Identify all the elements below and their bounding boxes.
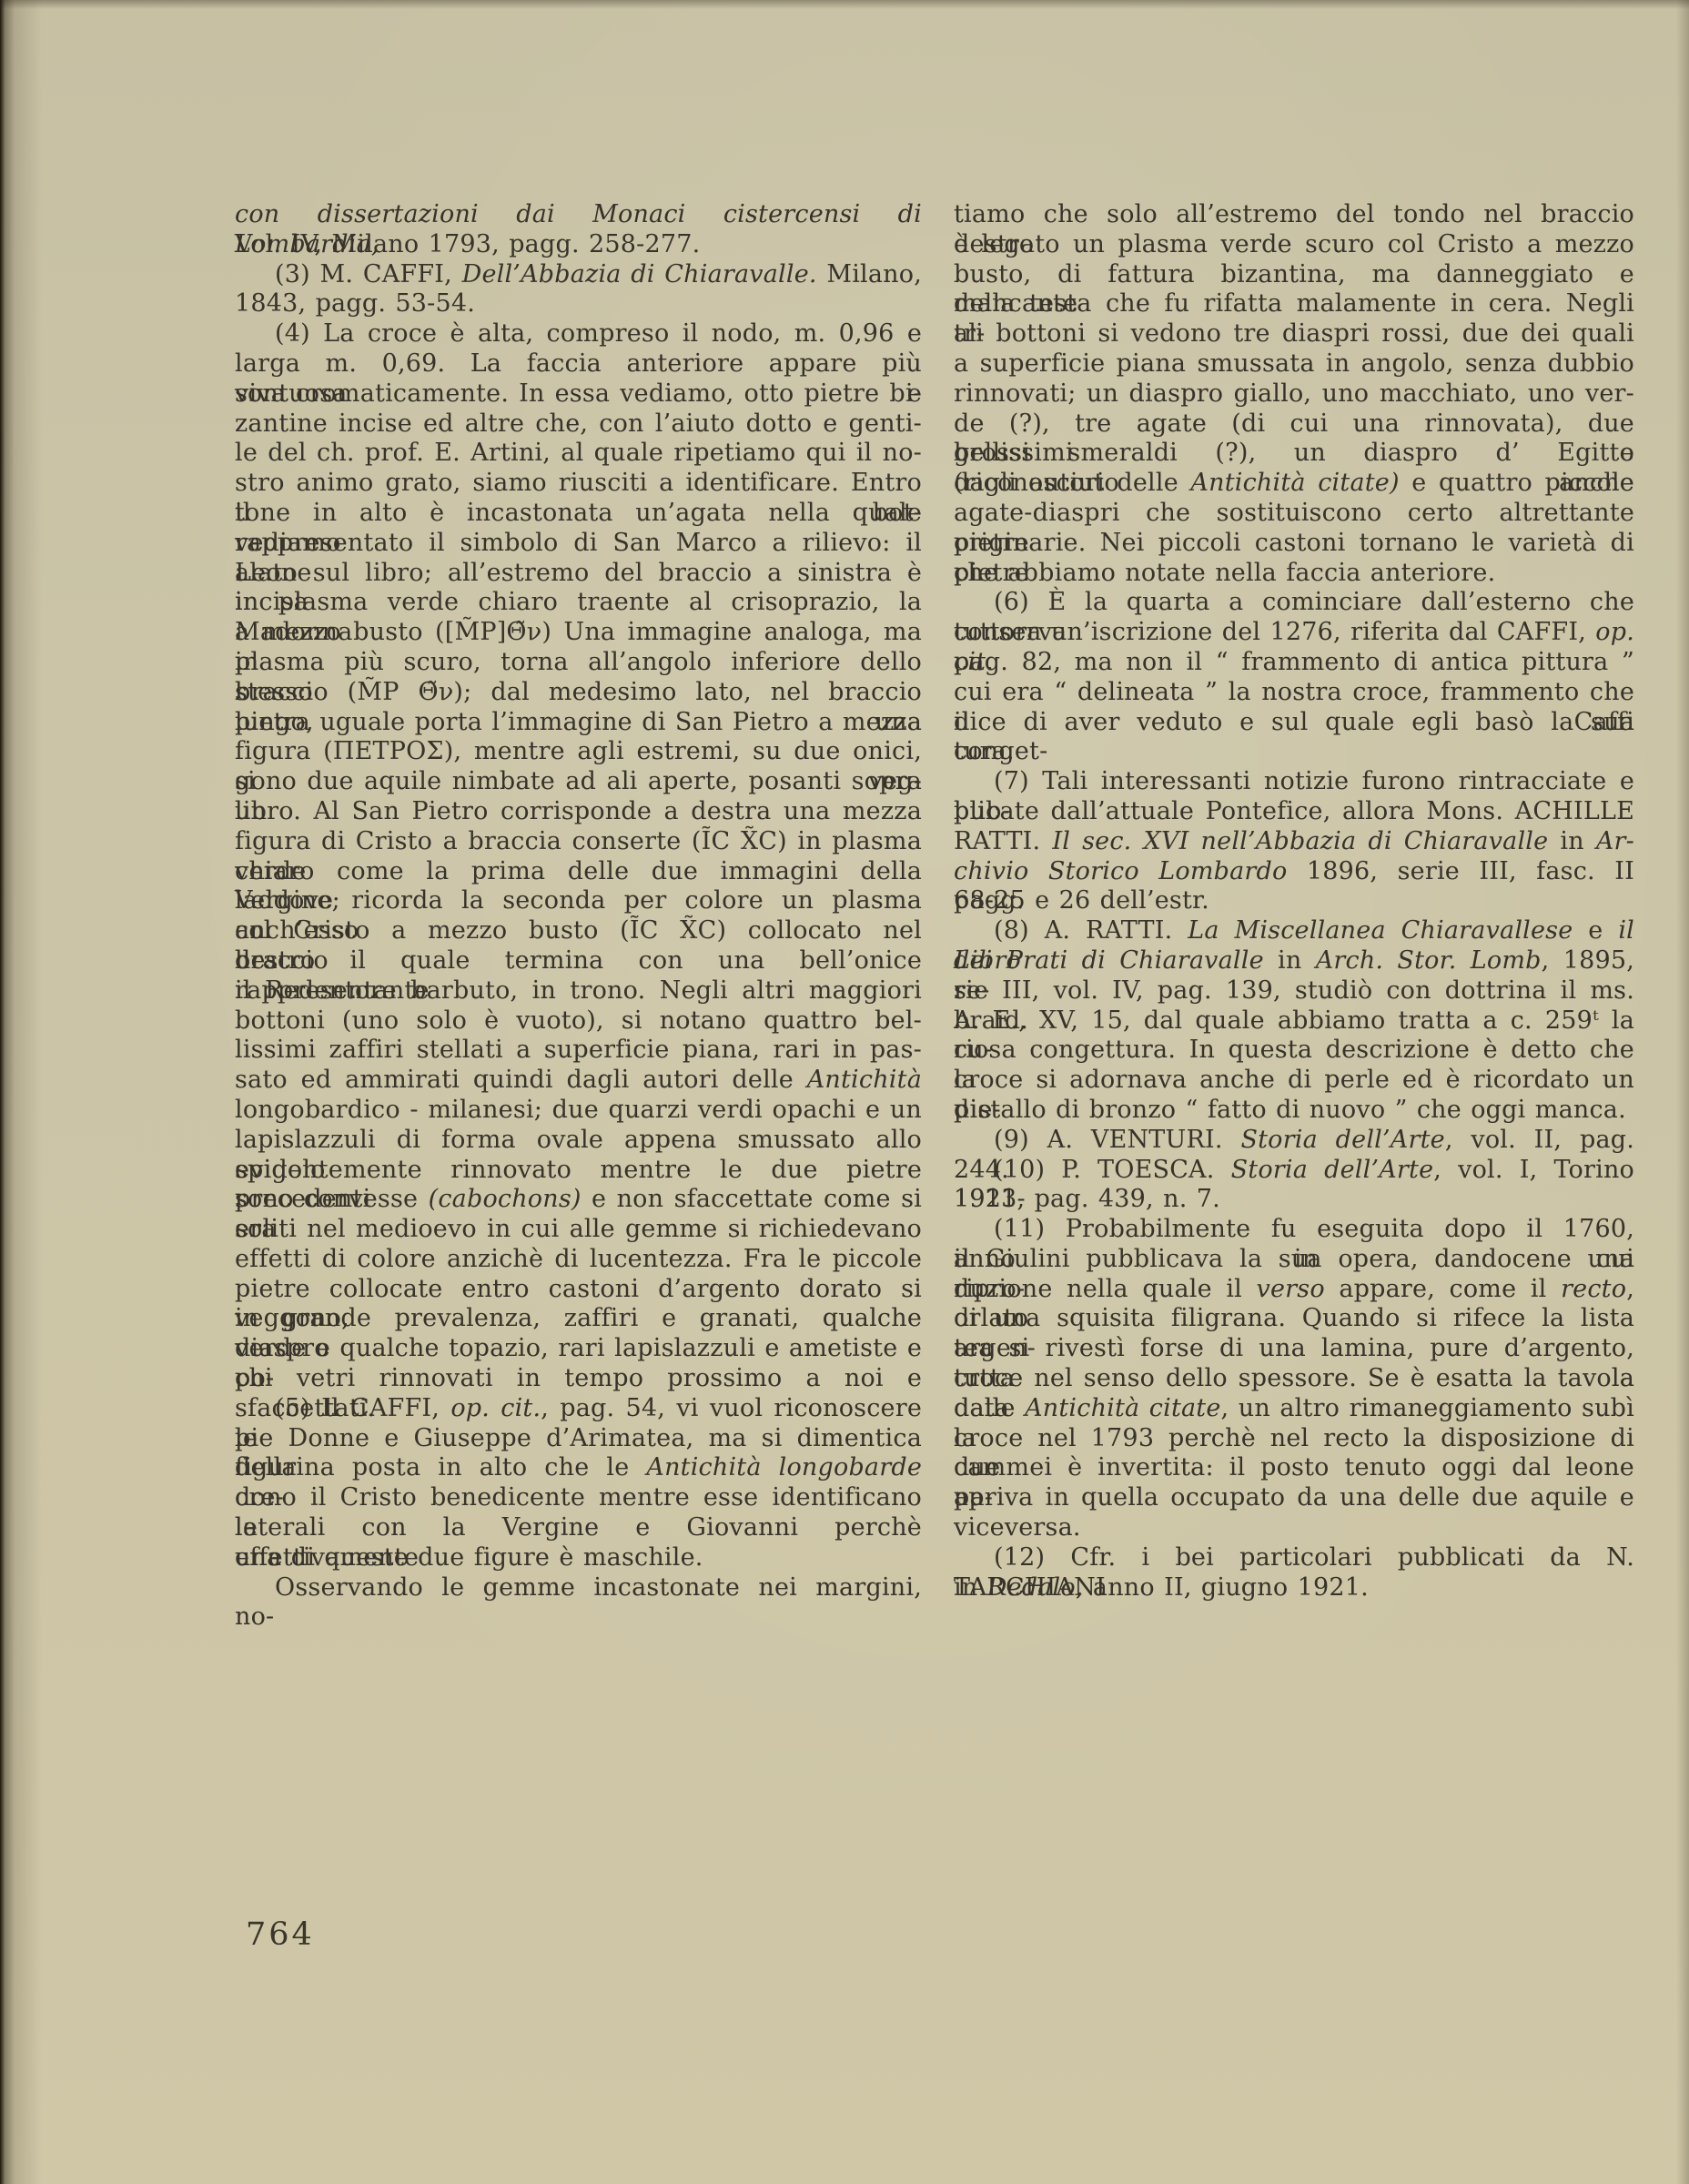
- text-line: de (?), tre agate (di cui una rinnovata)…: [954, 409, 1634, 440]
- italic-text-segment: Dell’Abbazia di Chiaravalle.: [462, 260, 817, 288]
- text-line: chiaro come la prima delle due immagini …: [235, 857, 922, 887]
- text-line: evidentemente rinnovato mentre le due pi…: [235, 1156, 922, 1186]
- text-line: laddove ricorda la seconda per colore un…: [235, 886, 922, 916]
- text-line: pariva in quella occupato da una delle d…: [954, 1483, 1634, 1513]
- text-line: tura.: [954, 737, 1634, 767]
- text-line: croce si adornava anche di perle ed è ri…: [954, 1066, 1634, 1096]
- italic-text-segment: Il sec. XVI nell’Abbazia di Chiaravalle: [1052, 827, 1548, 855]
- text-line: con dissertazioni dai Monaci cistercensi…: [235, 200, 922, 230]
- text-line: (7) Tali interessanti notizie furono rin…: [954, 767, 1634, 797]
- text-line: A. E., XV, 15, dal quale abbiamo tratta …: [954, 1006, 1634, 1036]
- text-segment: viva cromaticamente. In essa vediamo, ot…: [235, 379, 922, 408]
- text-segment: (9) A. VENTURI.: [994, 1126, 1240, 1154]
- italic-text-segment: Dedalo: [987, 1573, 1076, 1602]
- text-line: duzione nella quale il verso appare, com…: [954, 1275, 1634, 1305]
- text-line: rie III, vol. IV, pag. 139, studiò con d…: [954, 976, 1634, 1006]
- text-line: di una squisita filigrana. Quando si rif…: [954, 1304, 1634, 1334]
- text-segment: zantine incise ed altre che, con l’aiuto…: [235, 409, 922, 438]
- text-line: sono convesse (cabochons) e non sfaccett…: [235, 1185, 922, 1215]
- text-segment: dagli autori delle: [954, 469, 1190, 497]
- text-segment: lissimi zaffiri stellati a superficie pi…: [235, 1036, 922, 1064]
- text-segment: in: [1548, 827, 1596, 855]
- text-line: destro il quale termina con una bell’oni…: [235, 946, 922, 976]
- text-line: della testa che fu rifatta malamente in …: [954, 289, 1634, 319]
- text-line: pie Donne e Giuseppe d’Arimatea, ma si d…: [235, 1424, 922, 1454]
- text-line: lissimi zaffiri stellati a superficie pi…: [235, 1036, 922, 1066]
- text-line: figura (ΠΕΤΡΟΣ), mentre agli estremi, su…: [235, 737, 922, 767]
- text-segment: il Redentore barbuto, in trono. Negli al…: [235, 976, 922, 1005]
- text-segment: (4) La croce è alta, compreso il nodo, m…: [275, 319, 922, 348]
- left-column: con dissertazioni dai Monaci cistercensi…: [235, 200, 922, 1603]
- text-line: a mezzo busto ([M̃P]Θ̃ν) Una immagine an…: [235, 618, 922, 648]
- text-segment: 68-25 e 26 dell’estr.: [954, 886, 1209, 915]
- text-line: tea si rivestì forse di una lamina, pure…: [954, 1334, 1634, 1364]
- text-line: viceversa.: [954, 1513, 1634, 1543]
- text-segment: Milano,: [817, 260, 922, 288]
- text-line: tone in alto è incastonata un’agata nell…: [235, 499, 922, 529]
- text-line: (8) A. RATTI. La Miscellanea Chiaravalle…: [954, 916, 1634, 946]
- text-line: sato ed ammirati quindi dagli autori del…: [235, 1066, 922, 1096]
- text-line: figura di Cristo a braccia conserte (ĨC …: [235, 827, 922, 857]
- text-line: cammei è invertita: il posto tenuto oggi…: [954, 1453, 1634, 1483]
- text-line: (12) Cfr. i bei particolari pubblicati d…: [954, 1543, 1634, 1573]
- text-segment: 1843, pagg. 53-54.: [235, 289, 475, 318]
- text-segment: viceversa.: [954, 1513, 1081, 1542]
- text-segment: una di queste due figure è maschile.: [235, 1543, 703, 1572]
- text-segment: in: [954, 1573, 987, 1602]
- text-segment: longobardico - milanesi; due quarzi verd…: [235, 1096, 922, 1124]
- text-segment: distallo di bronzo “ fatto di nuovo ” ch…: [954, 1096, 1626, 1124]
- text-line: le del ch. prof. E. Artini, al quale rip…: [235, 439, 922, 469]
- text-line: pietre collocate entro castoni d’argento…: [235, 1275, 922, 1305]
- text-line: figurina posta in alto che le Antichità …: [235, 1453, 922, 1483]
- text-line: effetti di colore anzichè di lucentezza.…: [235, 1245, 922, 1275]
- italic-text-segment: Antichità citate): [1190, 469, 1399, 497]
- text-line: col Cristo a mezzo busto (ĨC X̃C) colloc…: [235, 916, 922, 946]
- text-line: pietra uguale porta l’immagine di San Pi…: [235, 708, 922, 738]
- text-segment: (8) A. RATTI.: [994, 916, 1188, 945]
- italic-text-segment: chivio Storico Lombardo: [954, 857, 1287, 885]
- text-segment: è legato un plasma verde scuro col Crist…: [954, 230, 1634, 258]
- text-line: cui era “ delineata ” la nostra croce, f…: [954, 678, 1634, 708]
- italic-text-segment: Storia dell’Arte: [1240, 1126, 1444, 1154]
- text-line: Osservando le gemme incastonate nei marg…: [235, 1573, 922, 1603]
- page-number: 764: [246, 1916, 315, 1953]
- text-segment: tuttora un’iscrizione del 1276, riferita…: [954, 618, 1595, 646]
- italic-text-segment: Antichità: [807, 1066, 922, 1094]
- text-segment: sato ed ammirati quindi dagli autori del…: [235, 1066, 807, 1094]
- text-segment: pag. 82, ma non il “ frammento di antica…: [954, 648, 1634, 676]
- text-segment: che abbiamo notate nella faccia anterior…: [954, 559, 1495, 587]
- text-line: soliti nel medioevo in cui alle gemme si…: [235, 1215, 922, 1245]
- text-segment: e: [1573, 916, 1618, 945]
- text-line: originarie. Nei piccoli castoni tornano …: [954, 529, 1634, 559]
- text-segment: , anno II, giugno 1921.: [1076, 1573, 1369, 1602]
- italic-text-segment: recto: [1561, 1275, 1626, 1303]
- text-line: braccio (M̃P Θ̃ν); dal medesimo lato, ne…: [235, 678, 922, 708]
- text-line: il Redentore barbuto, in trono. Negli al…: [235, 976, 922, 1006]
- text-segment: Vol. IV, Milano 1793, pagg. 258-277.: [235, 230, 700, 258]
- text-segment: le del ch. prof. E. Artini, al quale rip…: [235, 439, 922, 467]
- italic-text-segment: Storia dell’Arte: [1231, 1156, 1434, 1184]
- italic-text-segment: (cabochons): [429, 1185, 582, 1213]
- text-line: stro animo grato, siamo riusciti a ident…: [235, 469, 922, 499]
- text-line: chivio Storico Lombardo 1896, serie III,…: [954, 857, 1634, 887]
- text-line: dalle Antichità citate, un altro rimaneg…: [954, 1394, 1634, 1424]
- scan-edge-right-shadow: [1676, 0, 1689, 2184]
- text-line: alato sul libro; all’estremo del braccio…: [235, 559, 922, 589]
- text-line: 68-25 e 26 dell’estr.: [954, 886, 1634, 916]
- text-line: pag. 82, ma non il “ frammento di antica…: [954, 648, 1634, 678]
- text-line: Vol. IV, Milano 1793, pagg. 258-277.: [235, 230, 922, 260]
- text-line: verde e qualche topazio, rari lapislazzu…: [235, 1334, 922, 1364]
- text-segment: blicate dall’attuale Pontefice, allora M…: [954, 797, 1634, 825]
- text-line: libro. Al San Pietro corrisponde a destr…: [235, 797, 922, 827]
- text-line: in grande prevalenza, zaffiri e granati,…: [235, 1304, 922, 1334]
- text-line: (9) A. VENTURI. Storia dell’Arte, vol. I…: [954, 1126, 1634, 1156]
- text-line: rinnovati; un diaspro giallo, uno macchi…: [954, 379, 1634, 409]
- text-segment: tura.: [954, 737, 1015, 765]
- text-segment: pietra uguale porta l’immagine di San Pi…: [235, 708, 922, 736]
- text-segment: bottoni (uno solo è vuoto), si notano qu…: [235, 1006, 922, 1035]
- text-segment: duzione nella quale il: [954, 1275, 1257, 1303]
- text-line: riosa congettura. In questa descrizione …: [954, 1036, 1634, 1066]
- text-segment: figurina posta in alto che le: [235, 1453, 646, 1481]
- text-line: tuttora un’iscrizione del 1276, riferita…: [954, 618, 1634, 648]
- text-line: (6) È la quarta a cominciare dall’estern…: [954, 588, 1634, 618]
- text-line: RATTI. Il sec. XVI nell’Abbazia di Chiar…: [954, 827, 1634, 857]
- text-line: (5) Il CAFFI, op. cit., pag. 54, vi vuol…: [235, 1394, 922, 1424]
- text-line: busto, di fattura bizantina, ma danneggi…: [954, 260, 1634, 290]
- italic-text-segment: La Miscellanea Chiaravallese: [1188, 916, 1573, 945]
- text-segment: RATTI.: [954, 827, 1052, 855]
- text-line: in Dedalo, anno II, giugno 1921.: [954, 1573, 1634, 1603]
- italic-text-segment: op. cit.: [450, 1394, 541, 1422]
- scan-edge-top-shadow: [0, 0, 1689, 9]
- text-line: croce nel senso dello spessore. Se è esa…: [954, 1364, 1634, 1394]
- text-segment: rinnovati; un diaspro giallo, uno macchi…: [954, 379, 1634, 408]
- italic-text-segment: Arch. Stor. Lomb: [1316, 946, 1542, 975]
- text-segment: (3) M. CAFFI,: [275, 260, 462, 288]
- text-line: una di queste due figure è maschile.: [235, 1543, 922, 1573]
- text-line: tiamo che solo all’estremo del tondo nel…: [954, 200, 1634, 230]
- text-line: (10) P. TOESCA. Storia dell’Arte, vol. I…: [954, 1156, 1634, 1186]
- text-segment: effetti di colore anzichè di lucentezza.…: [235, 1245, 922, 1273]
- text-line: zantine incise ed altre che, con l’aiuto…: [235, 409, 922, 440]
- text-line: rappresentato il simbolo di San Marco a …: [235, 529, 922, 559]
- text-line: chi vetri rinnovati in tempo prossimo a …: [235, 1364, 922, 1394]
- text-line: laterali con la Vergine e Giovanni perch…: [235, 1513, 922, 1543]
- text-line: dagli autori delle Antichità citate) e q…: [954, 469, 1634, 499]
- text-line: in plasma verde chiaro traente al crisop…: [235, 588, 922, 618]
- text-segment: dalle: [954, 1394, 1025, 1422]
- text-segment: soliti nel medioevo in cui alle gemme si…: [235, 1215, 922, 1243]
- text-line: gono due aquile nimbate ad ali aperte, p…: [235, 767, 922, 797]
- text-line: lapislazzuli di forma ovale appena smuss…: [235, 1126, 922, 1156]
- right-column: tiamo che solo all’estremo del tondo nel…: [954, 200, 1634, 1603]
- text-line: dono il Cristo benedicente mentre esse i…: [235, 1483, 922, 1513]
- text-line: il Giulini pubblicava la sua opera, dand…: [954, 1245, 1634, 1275]
- scan-edge-left-shadow: [0, 0, 42, 2184]
- text-line: viva cromaticamente. In essa vediamo, ot…: [235, 379, 922, 409]
- text-line: 1843, pagg. 53-54.: [235, 289, 922, 319]
- text-line: agate-diaspri che sostituiscono certo al…: [954, 499, 1634, 529]
- text-segment: appare, come il: [1325, 1275, 1561, 1303]
- text-line: è legato un plasma verde scuro col Crist…: [954, 230, 1634, 260]
- text-line: che abbiamo notate nella faccia anterior…: [954, 559, 1634, 589]
- italic-text-segment: Ar-: [1596, 827, 1634, 855]
- text-line: plasma più scuro, torna all’angolo infer…: [235, 648, 922, 678]
- text-line: bottoni (uno solo è vuoto), si notano qu…: [235, 1006, 922, 1036]
- text-segment: (5) Il CAFFI,: [275, 1394, 450, 1422]
- text-line: tri bottoni si vedono tre diaspri rossi,…: [954, 319, 1634, 349]
- text-segment: e quattro piccole: [1400, 469, 1634, 497]
- italic-text-segment: verso: [1257, 1275, 1325, 1303]
- text-line: grossi smeraldi (?), un diaspro d’ Egitt…: [954, 439, 1634, 469]
- text-segment: sono convesse: [235, 1185, 429, 1213]
- text-line: blicate dall’attuale Pontefice, allora M…: [954, 797, 1634, 827]
- italic-text-segment: Antichità citate: [1025, 1394, 1220, 1422]
- text-segment: pariva in quella occupato da una delle d…: [954, 1483, 1634, 1512]
- text-segment: tri bottoni si vedono tre diaspri rossi,…: [954, 319, 1634, 348]
- text-segment: Osservando le gemme incastonate nei marg…: [235, 1573, 922, 1632]
- text-line: dei Prati di Chiaravalle in Arch. Stor. …: [954, 946, 1634, 976]
- italic-text-segment: dei Prati di Chiaravalle: [954, 946, 1264, 975]
- text-segment: libro. Al San Pietro corrisponde a destr…: [235, 797, 922, 825]
- text-segment: in: [1264, 946, 1316, 975]
- text-segment: a superficie piana smussata in angolo, s…: [954, 349, 1634, 378]
- text-line: a superficie piana smussata in angolo, s…: [954, 349, 1634, 379]
- text-line: 1921, pag. 439, n. 7.: [954, 1185, 1634, 1215]
- text-line: (11) Probabilmente fu eseguita dopo il 1…: [954, 1215, 1634, 1245]
- text-line: larga m. 0,69. La faccia anteriore appar…: [235, 349, 922, 379]
- italic-text-segment: Antichità longobarde: [646, 1453, 922, 1481]
- text-line: croce nel 1793 perchè nel recto la dispo…: [954, 1424, 1634, 1454]
- text-segment: (10) P. TOESCA.: [994, 1156, 1231, 1184]
- text-segment: 1921, pag. 439, n. 7.: [954, 1185, 1220, 1213]
- text-line: distallo di bronzo “ fatto di nuovo ” ch…: [954, 1096, 1634, 1126]
- text-line: (4) La croce è alta, compreso il nodo, m…: [235, 319, 922, 349]
- text-line: (3) M. CAFFI, Dell’Abbazia di Chiaravall…: [235, 260, 922, 290]
- text-line: dice di aver veduto e sul quale egli bas…: [954, 708, 1634, 738]
- text-line: longobardico - milanesi; due quarzi verd…: [235, 1096, 922, 1126]
